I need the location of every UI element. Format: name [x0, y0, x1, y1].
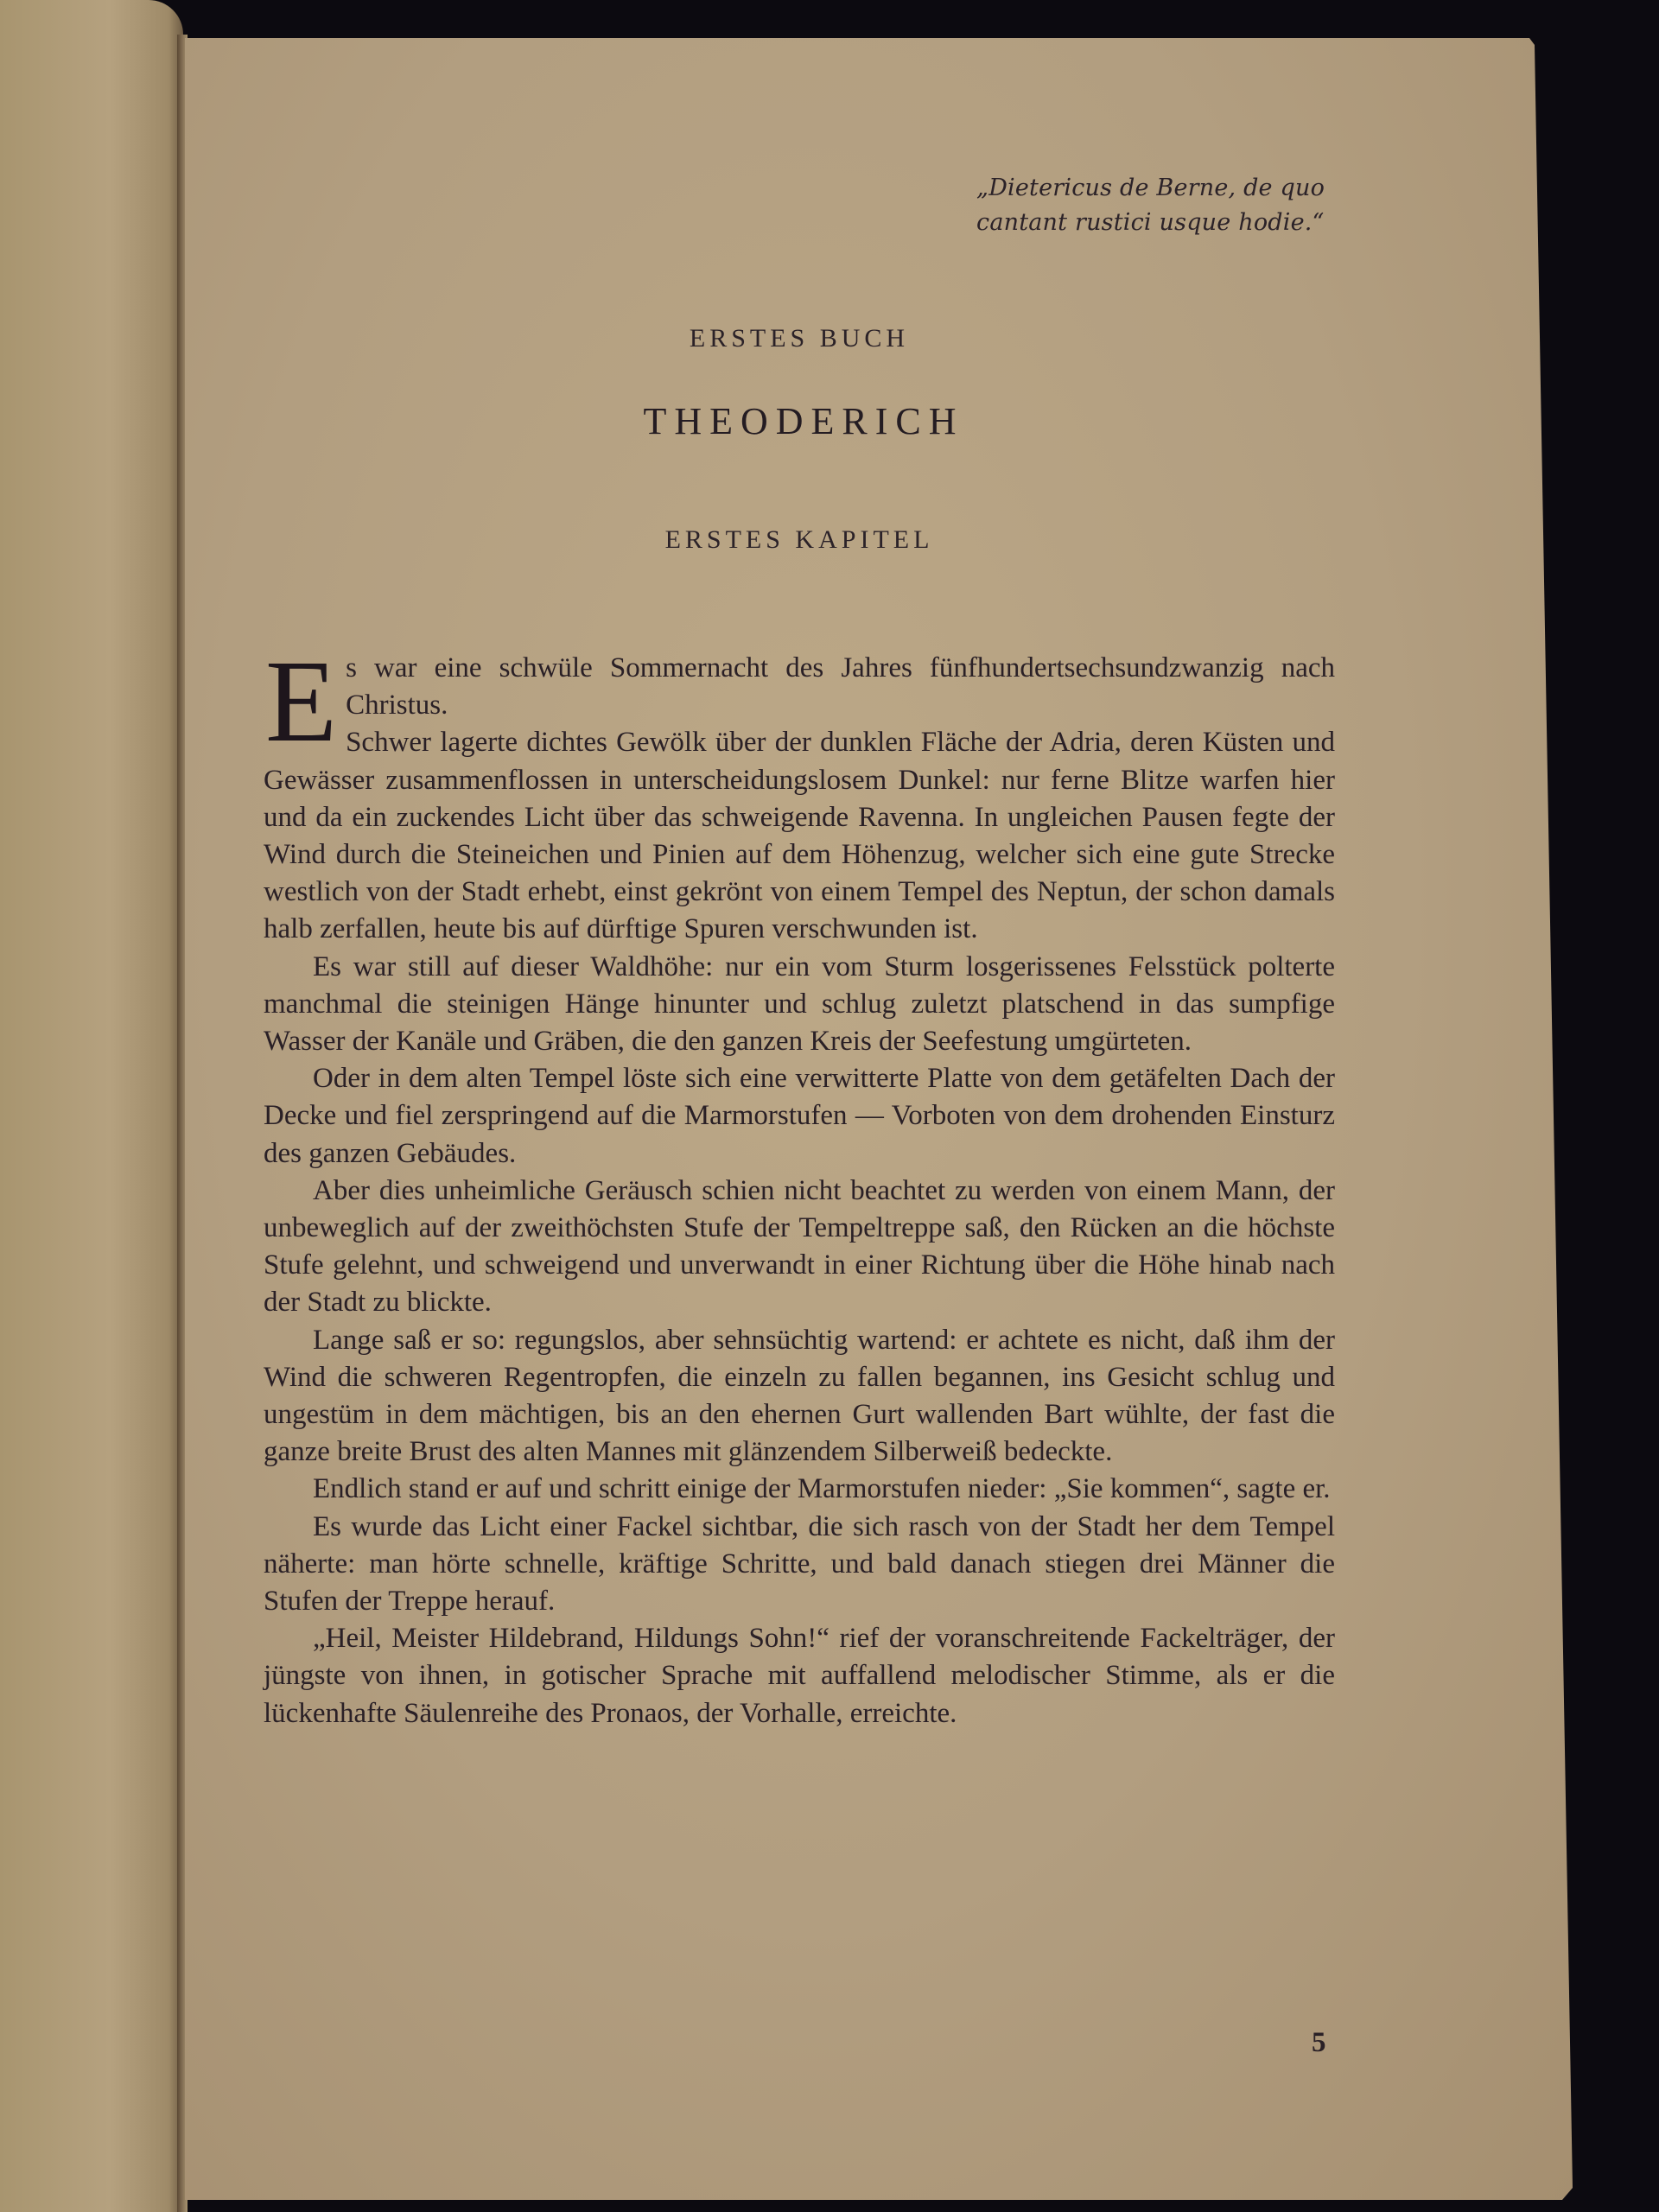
paragraph-3: Oder in dem alten Tempel löste sich eine…: [264, 1060, 1335, 1173]
paragraph-1: Es war eine schwüle Sommernacht des Jahr…: [264, 650, 1335, 949]
page-number: 5: [1312, 2027, 1326, 2059]
paragraph-5: Lange saß er so: regungslos, aber sehnsü…: [264, 1322, 1335, 1471]
drop-cap: E: [265, 657, 337, 747]
epigraph: „Dietericus de Berne, de quo cantant rus…: [976, 171, 1357, 240]
paragraph-2: Es war still auf dieser Waldhöhe: nur ei…: [264, 949, 1335, 1061]
paragraph-8: „Heil, Meister Hildebrand, Hildungs Sohn…: [264, 1620, 1335, 1732]
epigraph-line-2: cantant rustici usque hodie.“: [976, 206, 1357, 240]
body-text: Es war eine schwüle Sommernacht des Jahr…: [264, 650, 1335, 1732]
page-title: THEODERICH: [0, 399, 1607, 443]
chapter-label: ERSTES KAPITEL: [0, 525, 1599, 555]
book-label: ERSTES BUCH: [0, 324, 1599, 353]
epigraph-line-1: „Dietericus de Berne, de quo: [976, 171, 1357, 206]
paragraph-6: Endlich stand er auf und schritt einige …: [264, 1471, 1335, 1508]
paragraph-7: Es wurde das Licht einer Fackel sichtbar…: [264, 1509, 1335, 1621]
paragraph-4: Aber dies unheimliche Geräusch schien ni…: [264, 1173, 1335, 1322]
